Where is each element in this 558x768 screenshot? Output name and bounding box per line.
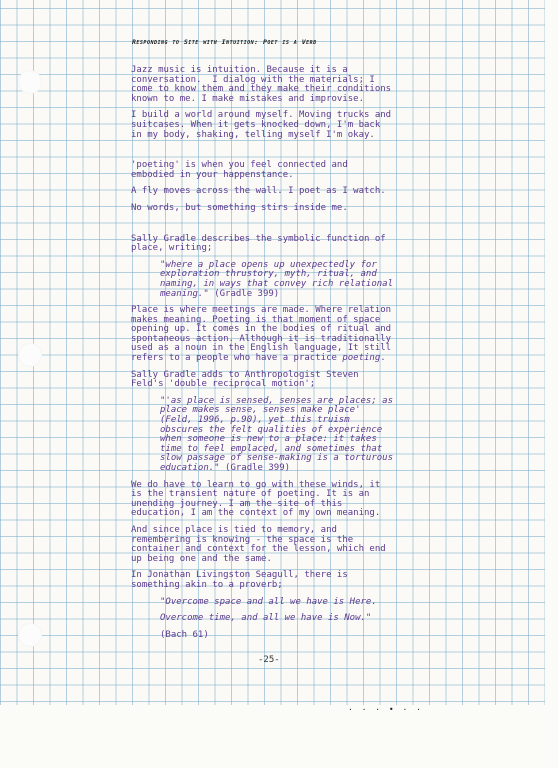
page-number: -25- — [258, 655, 280, 665]
block-quote: "'as place is sensed, senses are places;… — [160, 397, 451, 474]
running-header: Responding to Site with Intuition: Poet … — [132, 38, 317, 46]
paragraph: Jazz music is intuition. Because it is a… — [131, 66, 451, 104]
paragraph: 'poeting' is when you feel connected and… — [131, 161, 451, 180]
paragraph: Sally Gradle adds to Anthropologist Stev… — [131, 371, 451, 390]
paragraph: Place is where meetings are made. Where … — [131, 306, 451, 364]
citation: (Gradle 399) — [220, 463, 290, 473]
citation: (Bach 61) — [160, 630, 209, 640]
paragraph: No words, but something stirs inside me. — [131, 204, 451, 214]
document-body: Jazz music is intuition. Because it is a… — [131, 66, 451, 647]
block-quote: "where a place opens up unexpectedly for… — [160, 261, 451, 299]
paragraph: Sally Gradle describes the symbolic func… — [131, 235, 451, 254]
block-quote: "Overcome space and all we have is Here. — [160, 598, 451, 608]
binder-hole — [18, 70, 42, 94]
spacer — [131, 221, 451, 235]
paragraph: We do have to learn to go with these win… — [131, 481, 451, 519]
graph-paper-sheet: Responding to Site with Intuition: Poet … — [0, 0, 545, 705]
paragraph: A fly moves across the wall. I poet as I… — [131, 187, 451, 197]
block-quote: (Bach 61) — [160, 631, 451, 641]
paragraph: I build a world around myself. Moving tr… — [131, 111, 451, 140]
scan-specks: · · · • · · — [348, 705, 423, 714]
block-quote: Overcome time, and all we have is Now." — [160, 614, 451, 624]
citation: (Gradle 399) — [209, 289, 279, 299]
binder-hole — [18, 343, 42, 367]
binder-hole — [18, 623, 42, 647]
paragraph: In Jonathan Livingston Seagull, there is… — [131, 571, 451, 590]
paragraph: And since place is tied to memory, and r… — [131, 526, 451, 564]
spacer — [131, 147, 451, 161]
